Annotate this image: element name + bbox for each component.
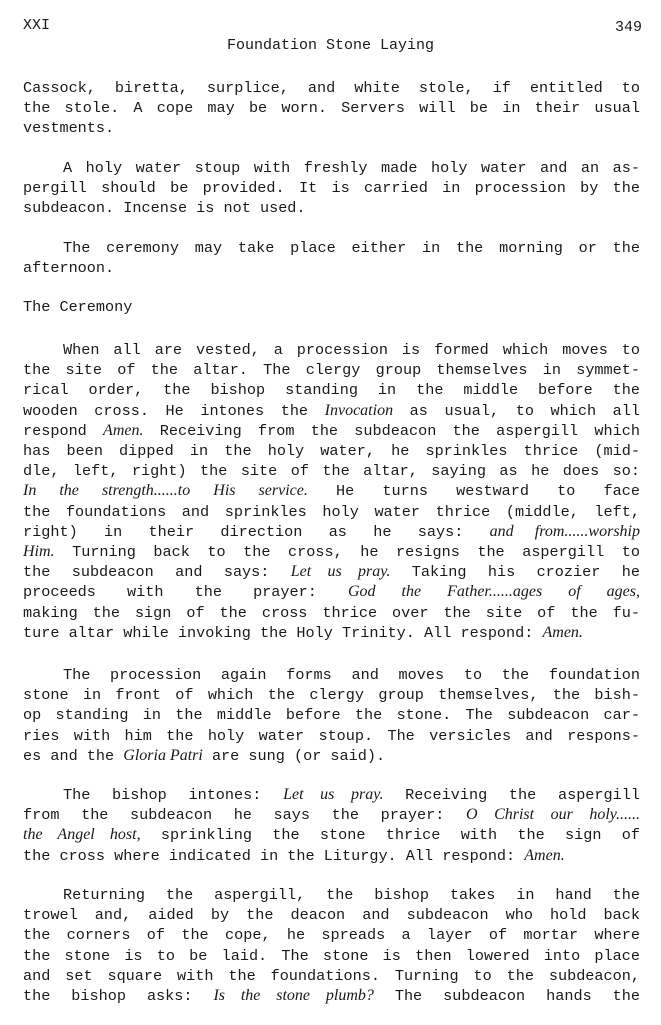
text-run: The ceremony may take place either in th…	[63, 239, 640, 257]
text-line: the subdeacon and says: Let us pray. Tak…	[23, 562, 640, 582]
text-line: the cross where indicated in the Liturgy…	[23, 846, 640, 866]
text-line: the corners of the cope, he spreads a la…	[23, 925, 640, 945]
text-line: ries with him the holy water stoup. The …	[23, 726, 640, 746]
text-run: The bishop intones:	[63, 786, 283, 804]
text-run: rical order, the bishop standing in the …	[23, 381, 640, 399]
text-line: the Angel host, sprinkling the stone thr…	[23, 825, 640, 845]
text-line: vestments.	[23, 118, 640, 138]
text-line: The ceremony may take place either in th…	[63, 238, 640, 258]
text-run: making the sign of the cross thrice over…	[23, 604, 640, 622]
text-line: dle, left, right) the site of the altar,…	[23, 461, 640, 481]
text-run: has been dipped in the holy water, he sp…	[23, 442, 640, 460]
italic-phrase: Let us pray.	[283, 786, 383, 803]
italic-phrase: Invocation	[325, 402, 393, 419]
text-line: Returning the aspergill, the bishop take…	[63, 885, 640, 905]
text-line: the site of the altar. The clergy group …	[23, 360, 640, 380]
text-line: pergill should be provided. It is carrie…	[23, 178, 640, 198]
text-line: When all are vested, a procession is for…	[63, 340, 640, 360]
text-run: the foundations and sprinkles holy water…	[23, 503, 640, 521]
text-line: the stone is to be laid. The stone is th…	[23, 946, 640, 966]
text-line: respond Amen. Receiving from the subdeac…	[23, 421, 640, 441]
text-run: afternoon.	[23, 259, 114, 277]
text-run: respond	[23, 422, 103, 440]
text-run: the stone is to be laid. The stone is th…	[23, 947, 640, 965]
text-run: sprinkling the stone thrice with the sig…	[141, 826, 640, 844]
chapter-number: XXI	[23, 17, 50, 34]
text-line: and set square with the foundations. Tur…	[23, 966, 640, 986]
text-run: are sung (or said).	[203, 747, 385, 765]
text-run: op standing in the middle before the sto…	[23, 706, 640, 724]
italic-phrase: the Angel host,	[23, 826, 141, 843]
text-run: Receiving from the subdeacon the aspergi…	[143, 422, 640, 440]
italic-phrase: Amen.	[543, 624, 583, 641]
text-line: In the strength......to His service. He …	[23, 481, 640, 501]
text-run: es and the	[23, 747, 123, 765]
text-run: the site of the altar. The clergy group …	[23, 361, 640, 379]
text-line: stone in front of which the clergy group…	[23, 685, 640, 705]
text-run: dle, left, right) the site of the altar,…	[23, 462, 640, 480]
text-run: The subdeacon hands the	[374, 987, 640, 1005]
text-run: trowel and, aided by the deacon and subd…	[23, 906, 640, 924]
italic-phrase: O Christ our holy......	[466, 806, 640, 823]
text-run: stone in front of which the clergy group…	[23, 686, 640, 704]
text-line: trowel and, aided by the deacon and subd…	[23, 905, 640, 925]
text-line: wooden cross. He intones the Invocation …	[23, 401, 640, 421]
text-line: rical order, the bishop standing in the …	[23, 380, 640, 400]
text-line: op standing in the middle before the sto…	[23, 705, 640, 725]
text-run: Cassock, biretta, surplice, and white st…	[23, 79, 640, 97]
text-run: as usual, to which all	[393, 402, 640, 420]
text-run: pergill should be provided. It is carrie…	[23, 179, 640, 197]
text-run: ries with him the holy water stoup. The …	[23, 727, 640, 745]
text-line: the stole. A cope may be worn. Servers w…	[23, 98, 640, 118]
text-line: es and the Gloria Patri are sung (or sai…	[23, 746, 640, 766]
text-run: vestments.	[23, 119, 114, 137]
text-line: the foundations and sprinkles holy water…	[23, 502, 640, 522]
text-run: Returning the aspergill, the bishop take…	[63, 886, 640, 904]
text-run: The procession again forms and moves to …	[63, 666, 640, 684]
italic-phrase: Gloria Patri	[123, 747, 203, 764]
text-run: He turns westward to face	[308, 482, 640, 500]
text-run: Turning back to the cross, he resigns th…	[55, 543, 640, 561]
text-line: afternoon.	[23, 258, 640, 278]
text-line: Him. Turning back to the cross, he resig…	[23, 542, 640, 562]
text-line: the bishop asks: Is the stone plumb? The…	[23, 986, 640, 1006]
text-run: When all are vested, a procession is for…	[63, 341, 640, 359]
text-line: subdeacon. Incense is not used.	[23, 198, 640, 218]
text-line: proceeds with the prayer: God the Father…	[23, 582, 640, 602]
text-line: making the sign of the cross thrice over…	[23, 603, 640, 623]
text-run: right) in their direction as he says:	[23, 523, 490, 541]
text-run: wooden cross. He intones the	[23, 402, 325, 420]
text-line: from the subdeacon he says the prayer: O…	[23, 805, 640, 825]
text-run: from the subdeacon he says the prayer:	[23, 806, 466, 824]
text-run: the corners of the cope, he spreads a la…	[23, 926, 640, 944]
text-line: A holy water stoup with freshly made hol…	[63, 158, 640, 178]
italic-phrase: Amen.	[103, 422, 143, 439]
italic-phrase: God the Father......ages of ages,	[348, 583, 640, 600]
italic-phrase: Let us pray.	[291, 563, 391, 580]
italic-phrase: Is the stone plumb?	[213, 987, 373, 1004]
text-run: the bishop asks:	[23, 987, 213, 1005]
page-number: 349	[615, 19, 642, 36]
text-run: and set square with the foundations. Tur…	[23, 967, 640, 985]
italic-phrase: In the strength......to His service.	[23, 482, 308, 499]
text-line: right) in their direction as he says: an…	[23, 522, 640, 542]
section-heading: The Ceremony	[23, 298, 132, 316]
text-line: has been dipped in the holy water, he sp…	[23, 441, 640, 461]
running-title: Foundation Stone Laying	[0, 37, 661, 54]
document-page: XXI 349 Foundation Stone Laying The Cere…	[0, 0, 661, 1025]
text-line: The bishop intones: Let us pray. Receivi…	[63, 785, 640, 805]
text-run: Taking his crozier he	[390, 563, 640, 581]
text-run: proceeds with the prayer:	[23, 583, 348, 601]
text-run: the stole. A cope may be worn. Servers w…	[23, 99, 640, 117]
text-run: ture altar while invoking the Holy Trini…	[23, 624, 543, 642]
text-run: A holy water stoup with freshly made hol…	[63, 159, 640, 177]
text-line: The procession again forms and moves to …	[63, 665, 640, 685]
text-run: the cross where indicated in the Liturgy…	[23, 847, 524, 865]
italic-phrase: Amen.	[524, 847, 564, 864]
italic-phrase: and from......worship	[490, 523, 640, 540]
text-run: Receiving the aspergill	[383, 786, 640, 804]
text-line: ture altar while invoking the Holy Trini…	[23, 623, 640, 643]
text-run: subdeacon. Incense is not used.	[23, 199, 306, 217]
text-run: the subdeacon and says:	[23, 563, 291, 581]
text-line: Cassock, biretta, surplice, and white st…	[23, 78, 640, 98]
italic-phrase: Him.	[23, 543, 55, 560]
